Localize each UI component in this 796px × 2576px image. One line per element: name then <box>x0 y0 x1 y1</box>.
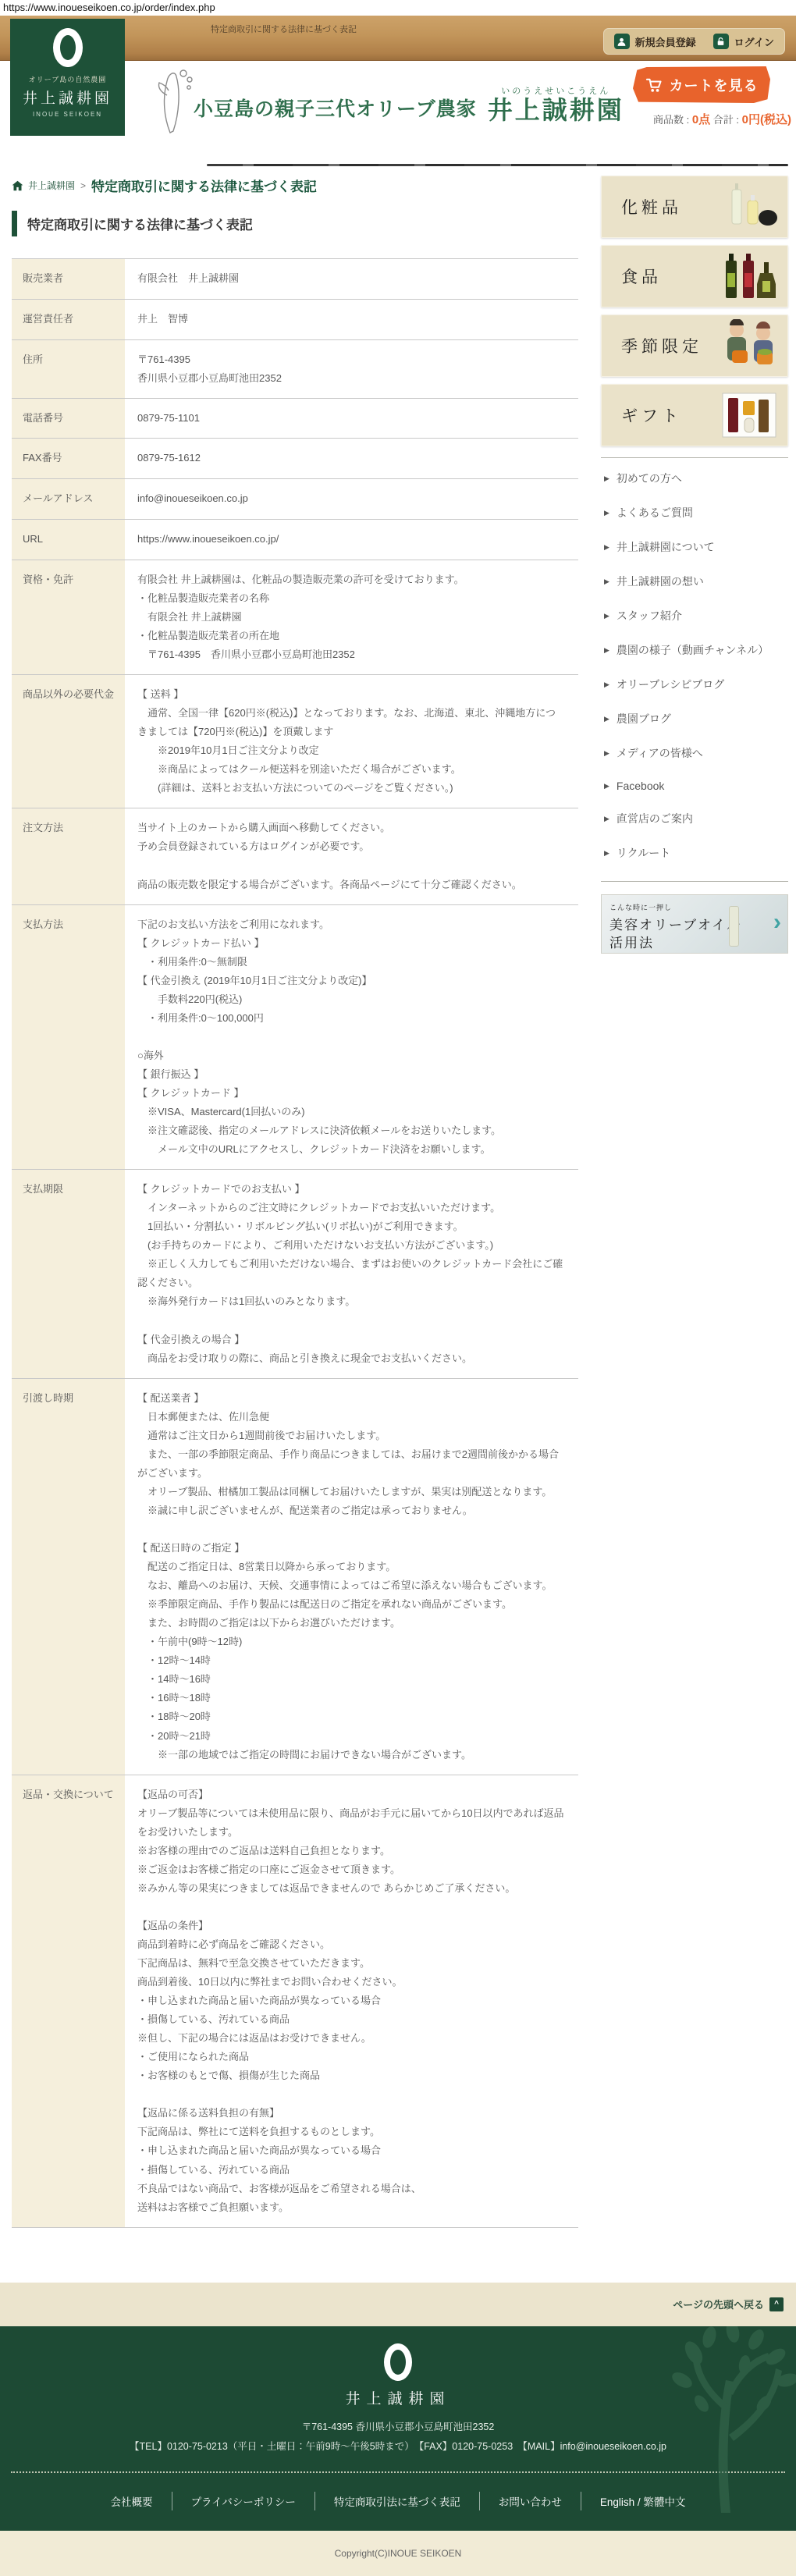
table-row: 注文方法当サイト上のカートから購入画面へ移動してください。 予め会員登録されてい… <box>12 808 578 904</box>
sidebar-category-gift[interactable]: ギフト <box>601 384 788 446</box>
olive-tree-icon <box>627 2326 796 2517</box>
breadcrumb-separator: > <box>80 180 86 191</box>
table-row: メールアドレスinfo@inoueseikoen.co.jp <box>12 478 578 519</box>
breadcrumb-home-link[interactable]: 井上誠耕園 <box>12 179 75 192</box>
main-column: 井上誠耕園 > 特定商取引に関する法律に基づく表記 特定商取引に関する法律に基づ… <box>12 176 578 2228</box>
cart-icon <box>645 77 663 93</box>
table-row: 電話番号0879-75-1101 <box>12 398 578 439</box>
olive-ring-icon <box>53 28 83 67</box>
footer-link-legal[interactable]: 特定商取引法に基づく表記 <box>314 2492 479 2510</box>
sidebar-link-about[interactable]: ▶井上誠耕園について <box>601 530 788 564</box>
sidebar-link-recipe-blog[interactable]: ▶オリーブレシピブログ <box>601 667 788 702</box>
cart-count-value: 0点 <box>692 113 710 126</box>
chevron-right-icon: ▶ <box>604 577 609 586</box>
cosmetics-photo <box>715 180 782 237</box>
cart-total-value: 0円(税込) <box>742 113 791 126</box>
footer-link-contact[interactable]: お問い合わせ <box>479 2492 581 2510</box>
cart-summary: 商品数 : 0点 合計 : 0円(税込) <box>653 111 791 127</box>
header-sketch-divider <box>207 164 788 166</box>
chevron-right-icon: ▶ <box>604 749 609 758</box>
site-logo[interactable]: オリーブ島の自然農園 井上誠耕園 INOUE SEIKOEN <box>10 19 125 136</box>
login-label: ログイン <box>734 34 774 49</box>
table-row: 販売業者有限会社 井上誠耕園 <box>12 258 578 299</box>
sidebar-link-facebook[interactable]: ▶Facebook <box>601 770 788 801</box>
gift-photo <box>715 389 782 446</box>
register-label: 新規会員登録 <box>635 34 696 49</box>
sidebar-link-media[interactable]: ▶メディアの皆様へ <box>601 736 788 770</box>
sidebar-link-staff[interactable]: ▶スタッフ紹介 <box>601 599 788 633</box>
back-to-top-band: ページの先頭へ戻る ^ <box>0 2283 796 2326</box>
logo-name: 井上誠耕園 <box>10 87 125 108</box>
sidebar-category-food[interactable]: 食品 <box>601 245 788 307</box>
sidebar-link-faq[interactable]: ▶よくあるご質問 <box>601 496 788 530</box>
home-icon <box>12 180 23 191</box>
footer: 井上誠耕園 〒761-4395 香川県小豆郡小豆島町池田2352 【TEL】01… <box>0 2326 796 2531</box>
beauty-olive-oil-banner[interactable]: こんな時に一押し 美容オリーブオイル 活用法 › <box>601 894 788 954</box>
table-row: 商品以外の必要代金【 送料 】 通常、全国一律【620円※(税込)】となっており… <box>12 674 578 808</box>
table-row: URLhttps://www.inoueseikoen.co.jp/ <box>12 519 578 560</box>
table-row: 運営責任者井上 智博 <box>12 299 578 339</box>
person-icon <box>614 34 630 49</box>
cart-total-label: 合計 : <box>713 114 739 126</box>
back-to-top-link[interactable]: ページの先頭へ戻る ^ <box>673 2297 784 2311</box>
page-body: 井上誠耕園 > 特定商取引に関する法律に基づく表記 特定商取引に関する法律に基づ… <box>0 168 796 2283</box>
chevron-right-icon: ▶ <box>604 612 609 620</box>
arrow-up-icon: ^ <box>769 2297 784 2311</box>
chevron-right-icon: ▶ <box>604 543 609 552</box>
footer-link-company[interactable]: 会社概要 <box>92 2492 172 2510</box>
chevron-right-icon: ▶ <box>604 474 609 483</box>
chevron-right-icon: ▶ <box>604 715 609 723</box>
site-title-prefix: 小豆島の親子三代オリーブ農家 <box>194 94 477 124</box>
sidebar-category-cosmetics[interactable]: 化粧品 <box>601 176 788 238</box>
copyright-band: Copyright(C)INOUE SEIKOEN <box>0 2531 796 2576</box>
seasonal-photo <box>715 319 782 376</box>
breadcrumb-home-label: 井上誠耕園 <box>28 179 75 192</box>
footer-link-privacy[interactable]: プライバシーポリシー <box>172 2492 314 2510</box>
sidebar-links: ▶初めての方へ ▶よくあるご質問 ▶井上誠耕園について ▶井上誠耕園の想い ▶ス… <box>601 461 788 870</box>
chevron-right-icon: ▶ <box>604 646 609 655</box>
cart-count-label: 商品数 : <box>653 114 689 126</box>
chevron-right-icon: ▶ <box>604 815 609 823</box>
chevron-right-icon: › <box>773 909 781 936</box>
sidebar-link-recruit[interactable]: ▶リクルート <box>601 836 788 870</box>
footer-link-language[interactable]: English / 繁體中文 <box>581 2492 705 2510</box>
olive-ring-icon <box>384 2343 412 2381</box>
view-cart-label: カートを見る <box>670 75 759 95</box>
table-row: 返品・交換について【返品の可否】 オリーブ製品等については未使用品に限り、商品が… <box>12 1775 578 2227</box>
sidebar-link-farm-video[interactable]: ▶農園の様子（動画チャンネル） <box>601 633 788 667</box>
bird-sketch-icon <box>155 66 195 141</box>
table-row: 引渡し時期【 配送業者 】 日本郵便または、佐川急便 通常はご注文日から1週間前… <box>12 1378 578 1775</box>
sidebar-link-first-time[interactable]: ▶初めての方へ <box>601 461 788 496</box>
url-caption: https://www.inoueseikoen.co.jp/order/ind… <box>0 0 796 16</box>
breadcrumb-current: 特定商取引に関する法律に基づく表記 <box>91 176 317 195</box>
logo-name-en: INOUE SEIKOEN <box>10 111 125 118</box>
legal-info-table: 販売業者有限会社 井上誠耕園 運営責任者井上 智博 住所〒761-4395 香川… <box>12 258 578 2228</box>
site-title-name: 井上誠耕園 <box>488 97 624 124</box>
breadcrumb: 井上誠耕園 > 特定商取引に関する法律に基づく表記 <box>12 176 578 195</box>
sidebar: 化粧品 食品 季節限定 <box>601 176 788 954</box>
logo-tagline: オリーブ島の自然農園 <box>10 74 125 84</box>
table-row: 支払方法下記のお支払い方法をご利用になれます。 【 クレジットカード払い 】 ・… <box>12 904 578 1170</box>
sidebar-category-seasonal[interactable]: 季節限定 <box>601 314 788 377</box>
sidebar-divider <box>601 457 788 458</box>
table-row: 支払期限【 クレジットカードでのお支払い 】 インターネットからのご注文時にクレ… <box>12 1169 578 1377</box>
chevron-right-icon: ▶ <box>604 849 609 858</box>
table-row: FAX番号0879-75-1612 <box>12 438 578 478</box>
lock-icon <box>713 34 729 49</box>
header-main: オリーブ島の自然農園 井上誠耕園 INOUE SEIKOEN 小豆島の親子三代オ… <box>0 61 796 168</box>
site-header: 特定商取引に関する法律に基づく表記 新規会員登録 ログイン オリーブ島の自然農園… <box>0 16 796 168</box>
site-title: 小豆島の親子三代オリーブ農家 いのうえせいこうえん 井上誠耕園 <box>194 84 624 124</box>
view-cart-button[interactable]: カートを見る <box>633 66 770 103</box>
site-title-furigana: いのうえせいこうえん <box>488 84 624 97</box>
login-button[interactable]: ログイン <box>713 34 774 49</box>
sidebar-divider <box>601 881 788 882</box>
oil-bottle-icon <box>729 906 739 947</box>
member-panel: 新規会員登録 ログイン <box>603 28 785 55</box>
chevron-right-icon: ▶ <box>604 680 609 689</box>
table-row: 住所〒761-4395 香川県小豆郡小豆島町池田2352 <box>12 339 578 398</box>
sidebar-link-farm-blog[interactable]: ▶農園ブログ <box>601 702 788 736</box>
food-photo <box>715 250 782 307</box>
footer-links: 会社概要 プライバシーポリシー 特定商取引法に基づく表記 お問い合わせ Engl… <box>0 2492 796 2510</box>
topbar-current-page-note: 特定商取引に関する法律に基づく表記 <box>211 23 357 35</box>
register-button[interactable]: 新規会員登録 <box>614 34 696 49</box>
chevron-right-icon: ▶ <box>604 509 609 517</box>
table-row: 資格・免許有限会社 井上誠耕園は、化粧品の製造販売業の許可を受けております。 ・… <box>12 560 578 674</box>
sidebar-link-philosophy[interactable]: ▶井上誠耕園の想い <box>601 564 788 599</box>
copyright-text: Copyright(C)INOUE SEIKOEN <box>335 2548 462 2559</box>
page-title: 特定商取引に関する法律に基づく表記 <box>12 211 578 236</box>
chevron-right-icon: ▶ <box>604 782 609 791</box>
sidebar-link-stores[interactable]: ▶直営店のご案内 <box>601 801 788 836</box>
